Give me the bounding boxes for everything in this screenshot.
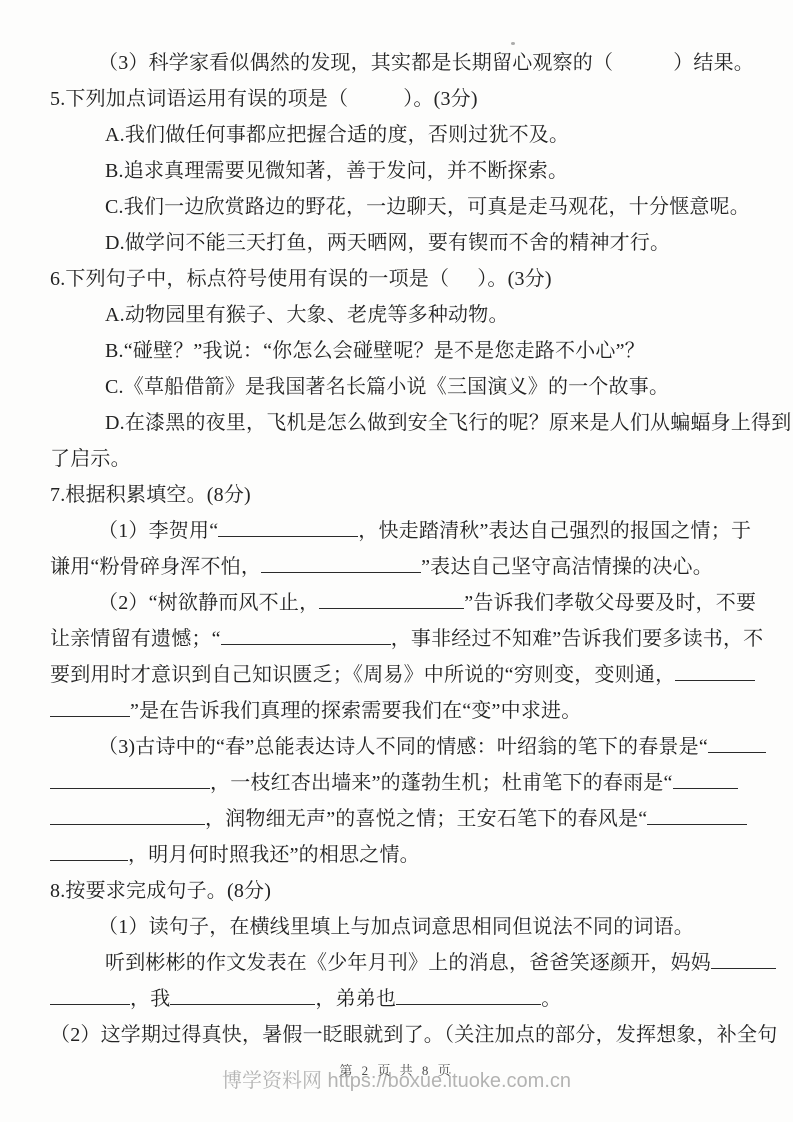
text-run: 5.下列加点词语运用有误的项是（	[50, 88, 348, 110]
answer-blank	[673, 785, 738, 789]
text-run: 6.下列句子中，标点符号使用有误的一项是（	[50, 268, 449, 290]
answer-blank	[675, 677, 755, 681]
text-run: D.做学问不能三天打鱼，两天晒网，要有锲而不舍的精神才行。	[105, 232, 670, 254]
q6-option-c: C.《草船借箭》是我国著名长篇小说《三国演义》的一个故事。	[50, 369, 743, 405]
text-run: ）。(3分)	[403, 88, 478, 110]
q7-part3-cont2: ，润物细无声”的喜悦之情；王安石笔下的春风是“	[50, 801, 743, 837]
text-run: ，明月何时照我还”的相思之情。	[128, 844, 420, 866]
q8-part1: （1）读句子，在横线里填上与加点词意思相同但说法不同的词语。	[50, 909, 743, 945]
text-run: ，快走踏清秋”表达自己强烈的报国之情；于	[358, 520, 751, 542]
answer-blank	[708, 749, 766, 753]
text-run: 要到用时才意识到自己知识匮乏；《周易》中所说的“穷则变，变则通，	[50, 664, 675, 686]
answer-gap	[613, 66, 673, 69]
answer-blank	[218, 533, 358, 537]
q7-part3: （3)古诗中的“春”总能表达诗人不同的情感：叶绍翁的笔下的春景是“	[50, 729, 743, 765]
text-run: （3）科学家看似偶然的发现，其实都是长期留心观察的（	[98, 52, 613, 74]
text-run: ）结果。	[673, 52, 754, 74]
text-run: （3)古诗中的“春”总能表达诗人不同的情感：叶绍翁的笔下的春景是“	[98, 736, 708, 758]
text-run: D.在漆黑的夜里，飞机是怎么做到安全飞行的呢？原来是人们从蝙蝠身上得到	[105, 412, 791, 434]
text-run: B.追求真理需要见微知著，善于发问，并不断探索。	[105, 160, 568, 182]
answer-blank	[50, 857, 128, 861]
q8-part1-sentence-cont: ，我，弟弟也。	[50, 981, 743, 1017]
text-run: 听到彬彬的作文发表在《少年月刊》上的消息，爸爸笑逐颜开，妈妈	[105, 952, 711, 974]
text-run: 7.根据积累填空。(8分)	[50, 484, 251, 506]
q5-option-d: D.做学问不能三天打鱼，两天晒网，要有锲而不舍的精神才行。	[50, 225, 743, 261]
q6-option-b: B.“碰壁？”我说：“你怎么会碰壁呢？是不是您走路不小心”？	[50, 333, 743, 369]
q7-part3-cont3: ，明月何时照我还”的相思之情。	[50, 837, 743, 873]
text-run: ）。(3分)	[477, 268, 552, 290]
text-run: C.《草船借箭》是我国著名长篇小说《三国演义》的一个故事。	[105, 376, 669, 398]
text-run: C.我们一边欣赏路边的野花，一边聊天，可真是走马观花，十分惬意呢。	[105, 196, 750, 218]
text-run: 让亲情留有遗憾；“	[50, 628, 221, 650]
text-run: ，润物细无声”的喜悦之情；王安石笔下的春风是“	[205, 808, 647, 830]
answer-blank	[396, 1001, 541, 1005]
q7-part3-cont1: ，一枝红杏出墙来”的蓬勃生机；杜甫笔下的春雨是“	[50, 765, 743, 801]
answer-blank	[261, 569, 421, 573]
answer-blank	[50, 785, 210, 789]
text-run: ，事非经过不知难”告诉我们要多读书，不	[391, 628, 764, 650]
q6-option-d-cont: 了启示。	[50, 441, 743, 477]
text-run: ，一枝红杏出墙来”的蓬勃生机；杜甫笔下的春雨是“	[210, 772, 673, 794]
q6-stem: 6.下列句子中，标点符号使用有误的一项是（）。(3分)	[50, 261, 743, 297]
answer-blank	[221, 641, 391, 645]
exam-body: （3）科学家看似偶然的发现，其实都是长期留心观察的（）结果。5.下列加点词语运用…	[0, 45, 793, 1053]
q8-part2: （2）这学期过得真快，暑假一眨眼就到了。（关注加点的部分，发挥想象，补全句	[50, 1017, 743, 1053]
text-run: ”表达自己坚守高洁情操的决心。	[421, 556, 713, 578]
q7-stem: 7.根据积累填空。(8分)	[50, 477, 743, 513]
text-run: B.“碰壁？”我说：“你怎么会碰壁呢？是不是您走路不小心”？	[105, 340, 645, 362]
text-run: （2）这学期过得真快，暑假一眨眼就到了。（关注加点的部分，发挥想象，补全句	[50, 1024, 777, 1046]
text-run: 。	[541, 988, 561, 1010]
answer-blank	[647, 821, 747, 825]
q7-part2-cont3: ”是在告诉我们真理的探索需要我们在“变”中求进。	[50, 693, 743, 729]
answer-blank	[711, 965, 776, 969]
q7-part2: （2）“树欲静而风不止，”告诉我们孝敬父母要及时，不要	[50, 585, 743, 621]
text-run: ”告诉我们孝敬父母要及时，不要	[464, 592, 756, 614]
q7-part2-cont1: 让亲情留有遗憾；“，事非经过不知难”告诉我们要多读书，不	[50, 621, 743, 657]
q5-stem: 5.下列加点词语运用有误的项是（）。(3分)	[50, 81, 743, 117]
answer-blank	[50, 713, 130, 717]
page-number-label: 第 2 页 共 8 页	[0, 1060, 793, 1079]
text-run: ”是在告诉我们真理的探索需要我们在“变”中求进。	[130, 700, 581, 722]
q6-option-d: D.在漆黑的夜里，飞机是怎么做到安全飞行的呢？原来是人们从蝙蝠身上得到	[50, 405, 743, 441]
q4-part3: （3）科学家看似偶然的发现，其实都是长期留心观察的（）结果。	[50, 45, 743, 81]
exam-paper-page: （3）科学家看似偶然的发现，其实都是长期留心观察的（）结果。5.下列加点词语运用…	[0, 0, 793, 1122]
text-run: （2）“树欲静而风不止，	[98, 592, 319, 614]
q8-part1-sentence: 听到彬彬的作文发表在《少年月刊》上的消息，爸爸笑逐颜开，妈妈	[50, 945, 743, 981]
answer-blank	[50, 1001, 130, 1005]
q5-option-c: C.我们一边欣赏路边的野花，一边聊天，可真是走马观花，十分惬意呢。	[50, 189, 743, 225]
q8-stem: 8.按要求完成句子。(8分)	[50, 873, 743, 909]
answer-blank	[50, 821, 205, 825]
answer-gap	[449, 282, 477, 285]
text-run: ，弟弟也	[315, 988, 396, 1010]
text-run: （1）李贺用“	[98, 520, 218, 542]
q5-option-a: A.我们做任何事都应把握合适的度，否则过犹不及。	[50, 117, 743, 153]
text-run: A.我们做任何事都应把握合适的度，否则过犹不及。	[105, 124, 569, 146]
text-run: （1）读句子，在横线里填上与加点词意思相同但说法不同的词语。	[98, 916, 694, 938]
q5-option-b: B.追求真理需要见微知著，善于发问，并不断探索。	[50, 153, 743, 189]
q7-part2-cont2: 要到用时才意识到自己知识匮乏；《周易》中所说的“穷则变，变则通，	[50, 657, 743, 693]
answer-gap	[348, 102, 403, 105]
text-run: 了启示。	[50, 448, 131, 470]
answer-blank	[170, 1001, 315, 1005]
text-run: A.动物园里有猴子、大象、老虎等多种动物。	[105, 304, 509, 326]
text-run: 8.按要求完成句子。(8分)	[50, 880, 271, 902]
text-run: 谦用“粉骨碎身浑不怕，	[50, 556, 261, 578]
q7-part1: （1）李贺用“，快走踏清秋”表达自己强烈的报国之情；于	[50, 513, 743, 549]
q7-part1-cont: 谦用“粉骨碎身浑不怕，”表达自己坚守高洁情操的决心。	[50, 549, 743, 585]
answer-blank	[319, 605, 464, 609]
text-run: ，我	[130, 988, 170, 1010]
q6-option-a: A.动物园里有猴子、大象、老虎等多种动物。	[50, 297, 743, 333]
